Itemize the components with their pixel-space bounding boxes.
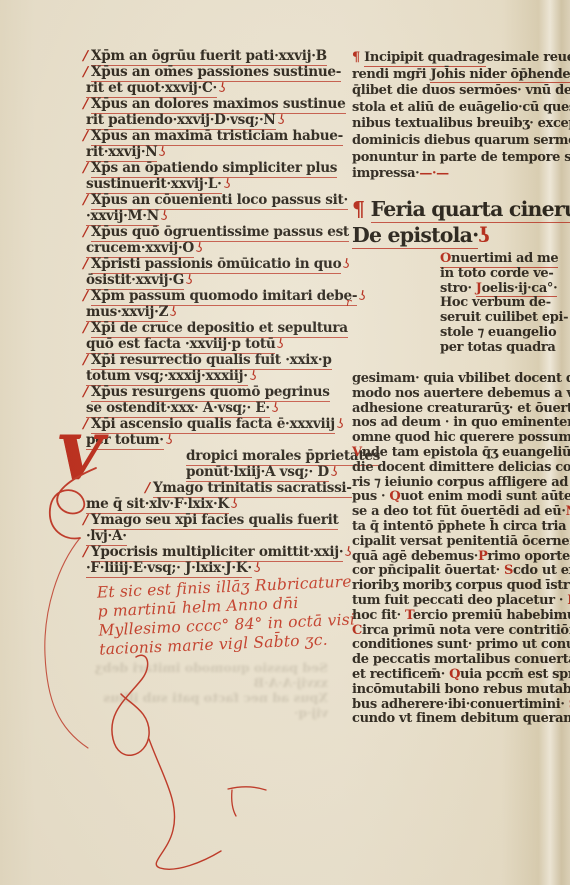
rubricator-colophon: Et sic est finis illāʒ Rubricaturep mart…	[96, 572, 356, 659]
index-line: ōsistit·xxvij·Gʖ	[86, 272, 344, 288]
red-tail-flourish: ʖ	[358, 289, 367, 306]
red-underline: rit patiendo·xxvij·D·vsq;·N	[86, 112, 276, 130]
show-through-line: Xpus ad nec facto pati sub illius	[98, 690, 328, 705]
index-line: /Ymago trinitatis sacratissi-	[148, 480, 344, 496]
red-underline: Ypocrisis multipliciter omittit·xxij·	[91, 544, 343, 562]
red-underlined-text: Feria quarta cinerum	[371, 197, 570, 223]
red-underline: Xp̄s an ōpatiendo simpliciter plus	[91, 160, 337, 178]
index-line: mus·xxvij·Zʖ	[86, 304, 344, 320]
epistola-text: gesimam· quia vbilibet docent quomodo no…	[352, 372, 568, 727]
red-tail-flourish: ʖ	[330, 465, 339, 482]
incipit-line: ¶ Incipipit quadragesimale reue-	[352, 50, 568, 67]
red-underline: Xp̄us an cōuenienti loco passus sit·	[91, 192, 348, 210]
body-line: rioribʒ moribʒ corpus quod īstrūm	[352, 579, 568, 594]
red-underline: crucem·xxvij·O	[86, 240, 194, 258]
body-line: nos ad deum · in quo eminenter est	[352, 416, 568, 431]
red-initial-stroke: /	[81, 384, 87, 400]
red-initial-stroke: /	[81, 288, 87, 304]
index-line: /Xp̄s an ōpatiendo simpliciter plus	[86, 160, 344, 176]
body-line: omne quod hic querere possumus·	[352, 431, 568, 446]
index-line: crucem·xxvij·Oʖ	[86, 240, 344, 256]
red-underline: Xp̄risti passionis ōmūicatio in quo	[91, 256, 341, 274]
red-tail-flourish: ʖ	[158, 145, 167, 162]
red-underline: totum vsq;·xxxij·xxxiij·	[86, 368, 248, 386]
index-line: /Xp̄us an om̄es passiones sustinue-	[86, 64, 344, 80]
red-initial-stroke: /	[81, 128, 87, 144]
body-line: cundo vt finem debitum queramus	[352, 712, 568, 727]
red-touched-text: J	[476, 281, 482, 296]
body-line: bus adherere·ibi·conuertimini· Se-	[352, 698, 568, 713]
incunable-page-scan: /Xp̄m an ōgrūu fuerit pati·xxvij·B/Xp̄us…	[0, 0, 570, 885]
index-line: se ostendit·xxx· A·vsq;· E·ʖ	[86, 400, 344, 416]
heading-line: ¶ Feria quarta cinerumʖ	[352, 196, 568, 222]
index-line: /Xp̄i resurrectio qualis fuit ·xxix·p	[86, 352, 344, 368]
index-line: sustinuerit·xxvij·L·ʖ	[86, 176, 344, 192]
red-tail-flourish: ʖ	[195, 241, 204, 258]
index-line: /Xp̄m passum quomodo imitari debe-ʖ	[86, 288, 344, 304]
index-line: /Xp̄us quō ōgruentissime passus est	[86, 224, 344, 240]
show-through-line: vij·q·	[98, 705, 328, 720]
red-tail-flourish: ʖ	[218, 81, 227, 98]
red-underline: se ostendit·xxx· A·vsq;· E·	[86, 400, 270, 418]
index-line: quō est facta ·xxviij·p totūʖ	[86, 336, 344, 352]
red-underline: dropici morales p̄prietates	[186, 448, 380, 466]
show-through-line: xxvij·A·A·B	[98, 675, 328, 690]
index-line: /Xp̄risti passionis ōmūicatio in quoʖ	[86, 256, 344, 272]
red-tail-flourish: ʖ	[276, 113, 285, 130]
index-line: /Ypocrisis multipliciter omittit·xxij·ʖ	[86, 544, 344, 560]
red-underline: mus·xxvij·Z	[86, 304, 168, 322]
body-line: pus · Quot enim modi sunt aūtendi	[352, 490, 568, 505]
index-line: rit·xxvij·Nʖ	[86, 144, 344, 160]
index-line: ponūt·lxiij·A vsq;· Dʖ	[186, 464, 344, 480]
index-line: rit et quot·xxvij·C·ʖ	[86, 80, 344, 96]
index-line: /Xp̄us an dolores maximos sustinue	[86, 96, 344, 112]
red-underline: Ymago trinitatis sacratissi-	[153, 480, 352, 498]
red-underline: ·xxvij·M·N	[86, 208, 159, 226]
red-underline: Xp̄i ascensio qualis facta ē·xxxviij	[91, 416, 335, 434]
body-line: Circa primū nota vere contritiōis	[352, 624, 568, 639]
body-line: hoc fit· Tercio premiū habebimus	[352, 609, 568, 624]
red-touched-text: Q	[389, 489, 400, 504]
index-line: /Xp̄us resurgens quomō pegrinus	[86, 384, 344, 400]
index-line: /Xp̄i ascensio qualis facta ē·xxxviijʖ	[86, 416, 344, 432]
red-underlined-text: Joh̄is nider ōp̄hendens	[430, 67, 570, 84]
red-tail-flourish: ʖ	[342, 257, 351, 274]
body-line: seruit cuilibet epi-	[440, 311, 568, 326]
red-initial-stroke: /	[81, 544, 87, 560]
index-line: per totum·ʖ	[86, 432, 344, 448]
red-underline: rit et quot·xxvij·C·	[86, 80, 217, 98]
incipit-paragraph: ¶ Incipipit quadragesimale reue-rendi mg…	[352, 50, 568, 183]
red-initial-stroke: /	[81, 96, 87, 112]
index-line: /Xp̄i de cruce depositio et sepultura	[86, 320, 344, 336]
red-underline: Ymago seu xp̄i facies qualis fuerit	[91, 512, 338, 530]
red-underline: Xp̄i de cruce depositio et sepultura	[91, 320, 348, 338]
red-initial-stroke: /	[81, 352, 87, 368]
red-tail-flourish: ʖ	[164, 433, 173, 450]
red-touched-text: O	[440, 251, 451, 266]
incipit-line: impressa·—·—	[352, 166, 568, 183]
body-line: Hoc verbum de-	[440, 296, 568, 311]
index-line: /Xp̄m an ōgrūu fuerit pati·xxvij·B	[86, 48, 344, 64]
red-tail-flourish: ʖ	[222, 177, 231, 194]
body-line: Onuertimi ad me	[440, 252, 568, 267]
red-tail-flourish: ʖ	[169, 305, 178, 322]
section-heading: ¶ Feria quarta cinerumʖDe epistola·ʖ	[352, 196, 568, 248]
red-underline: me q̄ sit·xlv·F·lxix·K	[86, 496, 229, 514]
red-initial-stroke: /	[143, 480, 149, 496]
body-line: adhesione creaturarūʒ· et ōuertere	[352, 402, 568, 417]
index-line: dropici morales p̄prietates	[186, 448, 344, 464]
red-initial-stroke: /	[81, 320, 87, 336]
red-tail-flourish: ʖ	[248, 369, 257, 386]
body-line: conditiones sunt· primo ut conuersi	[352, 638, 568, 653]
index-line: /Ymago seu xp̄i facies qualis fuerit	[86, 512, 344, 528]
left-index-column: /Xp̄m an ōgrūu fuerit pati·xxvij·B/Xp̄us…	[86, 48, 344, 576]
red-touched-text: P	[478, 549, 487, 564]
body-line: ta q̄ intentō p̄phete h̄ circa tria pn̄-	[352, 520, 568, 535]
red-underline: ·F·liiij·E·vsq;· J·lxix·J·K·	[86, 560, 252, 578]
index-line: rit patiendo·xxvij·D·vsq;·Nʖ	[86, 112, 344, 128]
body-line: die docent dimittere delicias corpo-	[352, 461, 568, 476]
body-line: stro· Joelis·ij·ca°·	[440, 282, 568, 297]
red-initial-stroke: /	[81, 48, 87, 64]
incipit-line: nibus textualibus breuibʒ· exceptis	[352, 116, 568, 133]
guide-mark: r	[346, 296, 351, 309]
red-initial-stroke: /	[81, 512, 87, 528]
incipit-line: stola et aliū de euāgelio·cū questio-	[352, 100, 568, 117]
index-line: ·lvj·A·	[86, 528, 344, 544]
red-touched-text: T	[405, 608, 413, 623]
body-line: stole ⁊ euangelio	[440, 326, 568, 341]
red-underline: rit·xxvij·N	[86, 144, 157, 162]
red-touched-text: N	[566, 504, 570, 519]
red-touched-text: Q	[449, 667, 460, 682]
red-underline: Xp̄us resurgens quomō pegrinus	[91, 384, 330, 402]
body-line: incōmutabili bono rebus mutabili-	[352, 683, 568, 698]
red-touched-text: S	[504, 563, 513, 578]
incipit-line: dominicis diebus quarum sermones	[352, 133, 568, 150]
red-initial-stroke: /	[81, 224, 87, 240]
red-touched-text: C	[352, 623, 362, 638]
red-underline: ponūt·lxiij·A vsq;· D	[186, 464, 329, 482]
red-touched-text: ¶	[352, 50, 364, 65]
red-initial-stroke: /	[81, 192, 87, 208]
red-touched-text: V	[352, 445, 362, 460]
index-line: totum vsq;·xxxij·xxxiij·ʖ	[86, 368, 344, 384]
red-tail-flourish: ʖ	[271, 401, 280, 418]
index-line: ·xxvij·M·Nʖ	[86, 208, 344, 224]
red-underline: Xp̄m passum quomodo imitari debe-	[91, 288, 357, 306]
red-underlined-text: Incipipit quadrag	[364, 50, 485, 67]
body-line: de peccatis mortalibus conuertam̄	[352, 653, 568, 668]
body-line: se a deo tot fūt ōuertēdi ad eū·No-	[352, 505, 568, 520]
red-tail-flourish: ʖ	[185, 273, 194, 290]
show-through-text: Sed passio quomodo imitari debʒxxvij·A·A…	[98, 660, 328, 720]
index-line: /Xp̄us an maximā tristiciam habue-	[86, 128, 344, 144]
red-underline: Xp̄us an om̄es passiones sustinue-	[91, 64, 341, 82]
red-underline: ·lvj·A·	[86, 528, 127, 546]
red-initial-stroke: /	[81, 64, 87, 80]
body-line: cipalit versat penitentiā ōcernentia	[352, 535, 568, 550]
red-tail-flourish: ʖ	[160, 209, 169, 226]
red-touched-text: ʖ	[478, 223, 489, 247]
red-tail-flourish: ʖ	[230, 497, 239, 514]
body-line: et rectificem̄· Quia pccm̄ est spreto	[352, 668, 568, 683]
red-tail-flourish: ʖ	[252, 561, 261, 578]
red-underline: Xp̄i resurrectio qualis fuit ·xxix·p	[91, 352, 332, 370]
red-underlined-text: De epistola·	[352, 223, 478, 249]
incipit-line: q̄libet die duos sermōes· vnū de epi-	[352, 83, 568, 100]
index-line: /Xp̄us an cōuenienti loco passus sit·	[86, 192, 344, 208]
body-line: gesimam· quia vbilibet docent quo	[352, 372, 568, 387]
index-line: me q̄ sit·xlv·F·lxix·Kʖ	[86, 496, 344, 512]
lombard-initial-v: V	[56, 428, 103, 488]
red-tail-flourish: ʖ	[336, 417, 345, 434]
body-line: quā agē debemus·Primo oportet q̄	[352, 550, 568, 565]
red-underline: sustinuerit·xxvij·L·	[86, 176, 222, 194]
body-line: Vnde tam epistola q̄ʒ euangeliū ho	[352, 446, 568, 461]
red-underline: Xp̄us an dolores maximos sustinue	[91, 96, 346, 114]
incipit-line: rendi mgr̄i Joh̄is nider ōp̄hendens	[352, 67, 568, 84]
incipit-line: ponuntur in parte de tempore supra	[352, 150, 568, 167]
red-underline: Xp̄us quō ōgruentissime passus est	[91, 224, 349, 242]
heading-line: De epistola·ʖ	[352, 222, 568, 248]
red-underline: quō est facta ·xxviij·p totū	[86, 336, 275, 354]
epistola-text-indented: Onuertimi ad mein toto corde ve-stro· Jo…	[440, 252, 568, 356]
body-line: tum fuit peccati deo placetur · Et si	[352, 594, 568, 609]
red-tail-flourish: ʖ	[276, 337, 285, 354]
red-underline: ōsistit·xxvij·G	[86, 272, 184, 290]
red-touched-text: —·—	[419, 166, 448, 181]
body-line: modo nos auertere debemus a vana	[352, 387, 568, 402]
red-underline: Xp̄us an maximā tristiciam habue-	[91, 128, 343, 146]
body-line: ris ⁊ ieiunio corpus affligere ad tē-	[352, 476, 568, 491]
red-initial-stroke: /	[81, 160, 87, 176]
red-touched-text: ¶	[352, 197, 371, 221]
body-line: per totas quadra	[440, 341, 568, 356]
red-initial-stroke: /	[81, 256, 87, 272]
body-line: in toto corde ve-	[440, 267, 568, 282]
red-underline: Xp̄m an ōgrūu fuerit pati·xxvij·B	[91, 48, 327, 66]
body-line: cor pn̄cipalit ōuertat· Scdo ut exte	[352, 564, 568, 579]
show-through-line: Sed passio quomodo imitari debʒ	[98, 660, 328, 675]
